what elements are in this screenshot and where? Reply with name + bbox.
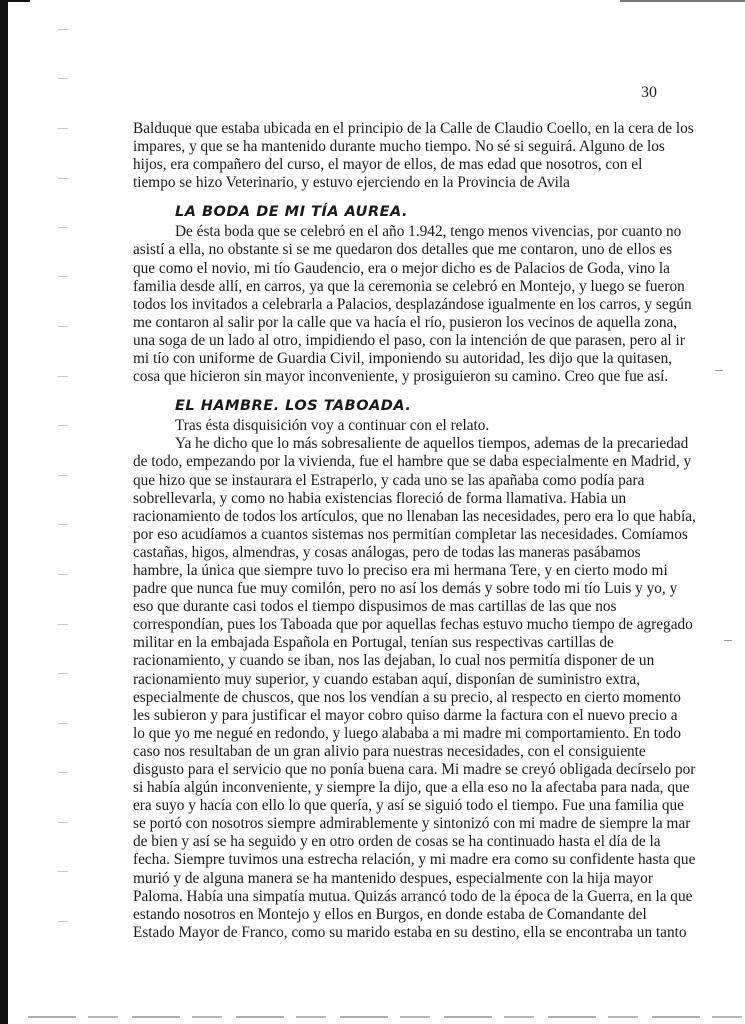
text-line: racionamiento de todos los artículos, qu… <box>133 508 663 526</box>
text-line: Ya he dicho que lo más sobresaliente de … <box>133 435 663 453</box>
margin-tick <box>58 574 68 575</box>
text-line: de todo, empezando por la vivienda, fue … <box>133 453 663 471</box>
text-line: una soga de un lado al otro, impidiendo … <box>133 332 663 350</box>
paragraph-hambre-intro: Tras ésta disquisición voy a continuar c… <box>133 417 663 435</box>
margin-tick-right <box>724 640 732 641</box>
text-line: padre que nunca fue muy comilón, pero no… <box>133 580 663 598</box>
text-line: de bien y así se ha seguido y en otro or… <box>133 833 663 851</box>
text-line: si había algún inconveniente, y siempre … <box>133 779 663 797</box>
paragraph-hambre-body: Ya he dicho que lo más sobresaliente de … <box>133 435 663 942</box>
text-line: racionamiento, y cuando se iban, nos las… <box>133 652 663 670</box>
text-line: correspondían, pues los Taboada que por … <box>133 616 663 634</box>
margin-tick <box>58 723 68 724</box>
section-heading-boda: LA BODA DE MI TÍA AUREA. <box>133 202 663 222</box>
text-line: me contaron al salir por la calle que va… <box>133 314 663 332</box>
margin-tick <box>58 524 68 525</box>
text-line: disgusto para el servicio que no ponía b… <box>133 761 663 779</box>
scan-border-left <box>0 0 8 1024</box>
margin-tick <box>58 425 68 426</box>
text-line: por eso acudíamos a cuantos sistemas nos… <box>133 526 663 544</box>
text-line: cosa que hicieron sin mayor inconvenient… <box>133 368 663 386</box>
text-line: que hizo que se instaurara el Estraperlo… <box>133 472 663 490</box>
text-line: Balduque que estaba ubicada en el princi… <box>133 120 663 138</box>
margin-tick <box>58 29 68 30</box>
margin-tick <box>58 178 68 179</box>
margin-tick <box>58 673 68 674</box>
margin-tick <box>58 326 68 327</box>
text-line: eso que durante casi todos el tiempo dis… <box>133 598 663 616</box>
margin-tick <box>58 624 68 625</box>
text-line: De ésta boda que se celebró en el año 1.… <box>133 223 663 241</box>
text-line: estando nosotros en Montejo y ellos en B… <box>133 906 663 924</box>
margin-tick <box>58 227 68 228</box>
page-number: 30 <box>641 84 657 102</box>
text-line: fecha. Siempre tuvimos una estrecha rela… <box>133 851 663 869</box>
text-line: era suyo y hacía con ello lo que quería,… <box>133 797 663 815</box>
margin-tick <box>58 276 68 277</box>
text-line: Estado Mayor de Franco, como su marido e… <box>133 924 663 942</box>
text-line: que como el novio, mi tío Gaudencio, era… <box>133 260 663 278</box>
paragraph-boda: De ésta boda que se celebró en el año 1.… <box>133 223 663 386</box>
text-line: militar en la embajada Española en Portu… <box>133 634 663 652</box>
text-line: familia desde allí, en carros, ya que la… <box>133 278 663 296</box>
margin-tick <box>58 921 68 922</box>
scan-border-bottom <box>28 1016 745 1018</box>
margin-tick <box>58 475 68 476</box>
margin-tick <box>58 871 68 872</box>
text-line: se portó con nosotros siempre admirablem… <box>133 815 663 833</box>
text-line: caso nos resultaban de un gran alivio pa… <box>133 743 663 761</box>
text-line: hambre, la única que siempre tuvo lo pre… <box>133 562 663 580</box>
text-line: Tras ésta disquisición voy a continuar c… <box>133 417 663 435</box>
margin-tick <box>58 128 68 129</box>
section-heading-hambre: EL HAMBRE. LOS TABOADA. <box>133 396 663 416</box>
margin-tick-right <box>715 370 723 371</box>
text-line: mi tío con uniforme de Guardia Civil, im… <box>133 350 663 368</box>
intro-paragraph: Balduque que estaba ubicada en el princi… <box>133 120 663 192</box>
margin-tick <box>58 772 68 773</box>
margin-tick <box>58 822 68 823</box>
scan-border-top-left <box>0 0 30 2</box>
text-line: lo que yo me negué en redondo, y luego a… <box>133 725 663 743</box>
text-line: tiempo se hizo Veterinario, y estuvo eje… <box>133 174 663 192</box>
document-body: Balduque que estaba ubicada en el princi… <box>133 120 663 942</box>
text-line: hijos, era compañero del curso, el mayor… <box>133 156 663 174</box>
text-line: castañas, higos, almendras, y cosas anál… <box>133 544 663 562</box>
margin-tick <box>58 376 68 377</box>
text-line: impares, y que se ha mantenido durante m… <box>133 138 663 156</box>
margin-tick <box>58 78 68 79</box>
text-line: murió y de alguna manera se ha mantenido… <box>133 870 663 888</box>
text-line: racionamiento muy superior, y cuando est… <box>133 671 663 689</box>
text-line: les subieron y para justificar el mayor … <box>133 707 663 725</box>
text-line: especialmente de chuscos, que nos los ve… <box>133 689 663 707</box>
scan-border-top-right <box>620 0 745 2</box>
text-line: todos los invitados a celebrarla a Palac… <box>133 296 663 314</box>
text-line: Paloma. Había una simpatía mutua. Quizás… <box>133 888 663 906</box>
text-line: sobrellevarla, y como no habia existenci… <box>133 490 663 508</box>
text-line: asistí a ella, no obstante si se me qued… <box>133 241 663 259</box>
